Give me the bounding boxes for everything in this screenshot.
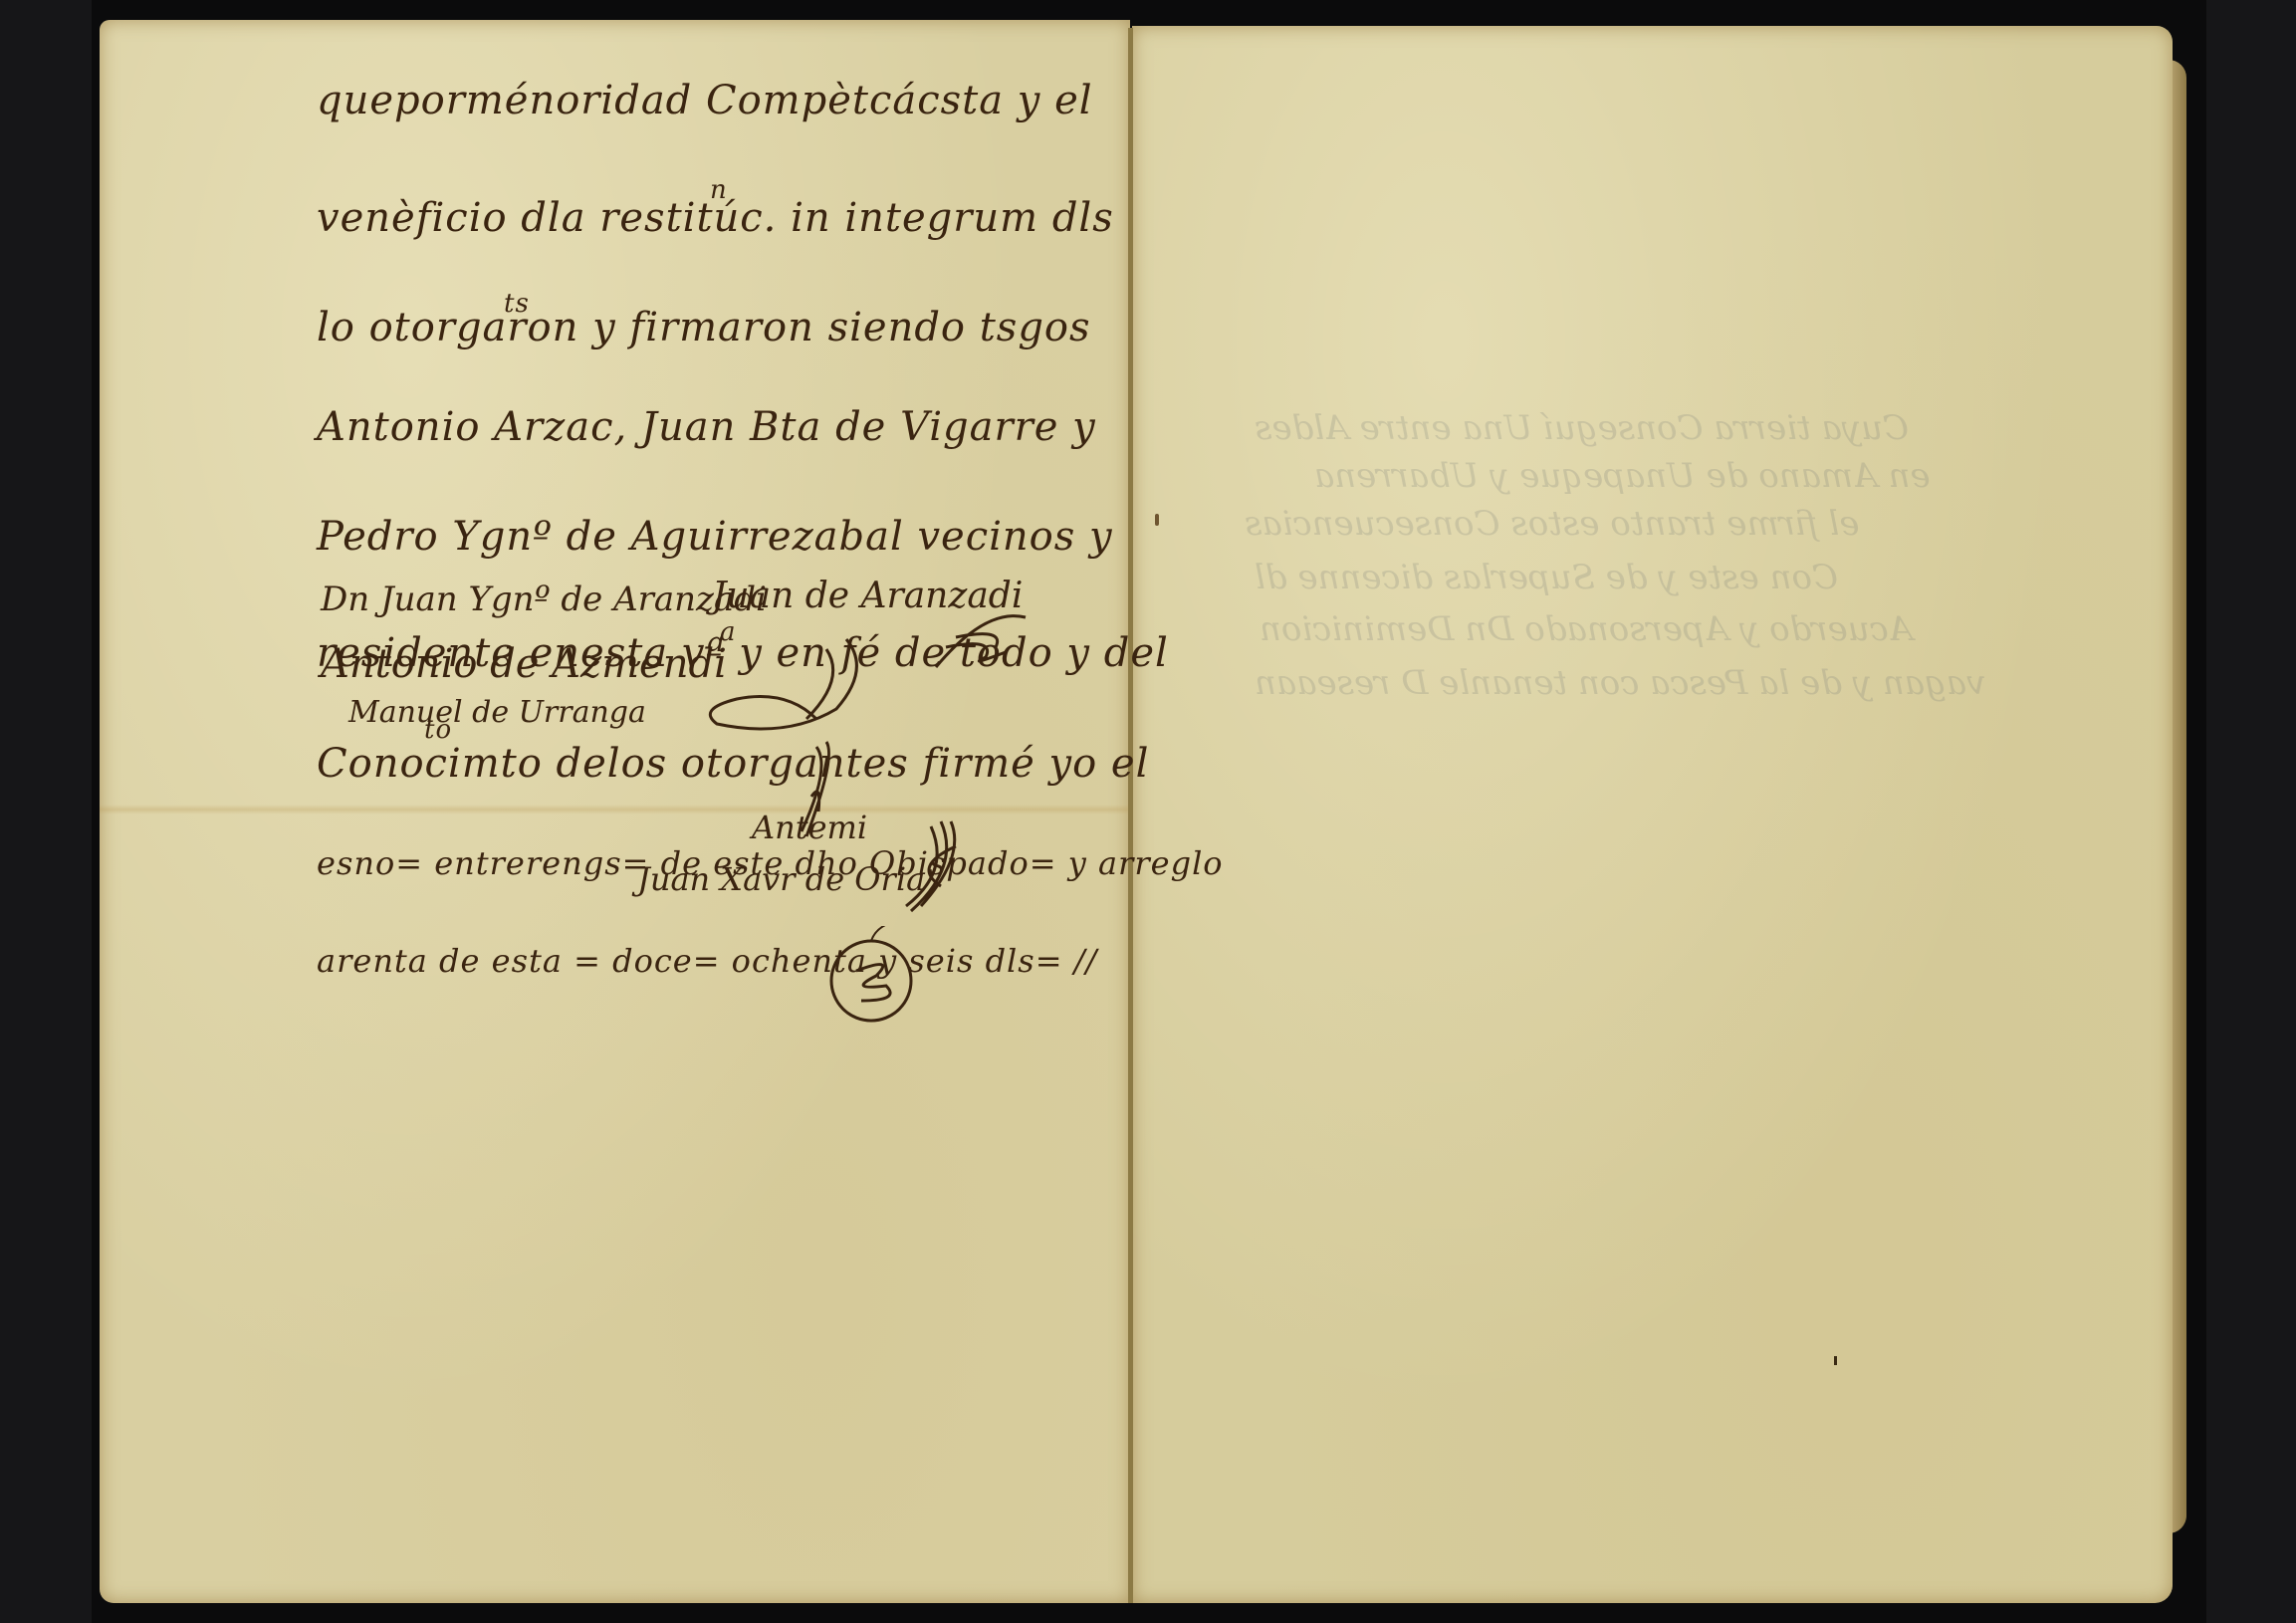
ink-speck bbox=[1834, 1356, 1837, 1365]
bleed-through-line-5: Acuerdo y Apersonado Dn Deminicion bbox=[1260, 609, 1913, 649]
rubric-flourish-aranzadi-icon bbox=[926, 597, 1035, 677]
superscript-ts: ts bbox=[504, 289, 530, 319]
manuscript-line-9: arenta de esta = doce= ochenta y seis dl… bbox=[317, 942, 1097, 980]
rubric-flourish-oria-icon bbox=[891, 816, 971, 926]
manuscript-line-1: queporménoridad Compètcácsta y el bbox=[317, 78, 1093, 123]
scan-margin-left bbox=[0, 0, 92, 1623]
rubric-flourish-antemi-icon bbox=[777, 737, 846, 846]
manuscript-line-7: Conocimto delos otorgantes firmé yo el bbox=[317, 741, 1149, 787]
manuscript-line-4: Antonio Arzac, Juan Bta de Vigarre y bbox=[317, 404, 1096, 450]
bleed-through-line-3: el firme tranto estos Consecuencias bbox=[1245, 504, 1859, 544]
binding-hole-mark bbox=[1155, 514, 1159, 526]
signature-antonio-azmendi: Antonio de Azmendi bbox=[321, 641, 727, 687]
signature-manuel-urranga: Manuel de Urranga bbox=[348, 695, 646, 730]
manuscript-line-5: Pedro Ygnº de Aguirrezabal vecinos y bbox=[317, 514, 1113, 560]
scan-margin-right bbox=[2206, 0, 2296, 1623]
signature-juan-xavier-oria: Juan Xavr de Oria bbox=[637, 860, 925, 898]
bleed-through-line-1: Cuya tierra Conseguí Una entre Aldes bbox=[1255, 408, 1909, 448]
right-page bbox=[1132, 26, 2173, 1603]
bleed-through-line-4: Con este y de Superlas dicenne dl bbox=[1255, 558, 1838, 597]
manuscript-line-2: venèficio dla restitúc. in integrum dls bbox=[317, 195, 1114, 241]
notary-seal-flourish-icon bbox=[816, 926, 926, 1026]
left-page bbox=[100, 20, 1130, 1603]
bleed-through-line-6: vagan y de la Pesca con tenanle D reseaa… bbox=[1255, 663, 1985, 703]
horizontal-fold-line bbox=[100, 805, 1130, 814]
binding-gutter bbox=[1128, 28, 1133, 1603]
manuscript-line-3: lo otorgaron y firmaron siendo tsgos bbox=[317, 305, 1091, 350]
signature-juan-ygnacio-aranzadi: Dn Juan Ygnº de Aranzadi bbox=[321, 580, 767, 619]
rubric-flourish-azmendi-icon bbox=[697, 629, 876, 739]
bleed-through-line-2: en Amano de Unapeque y Ubarrena bbox=[1314, 456, 1931, 496]
